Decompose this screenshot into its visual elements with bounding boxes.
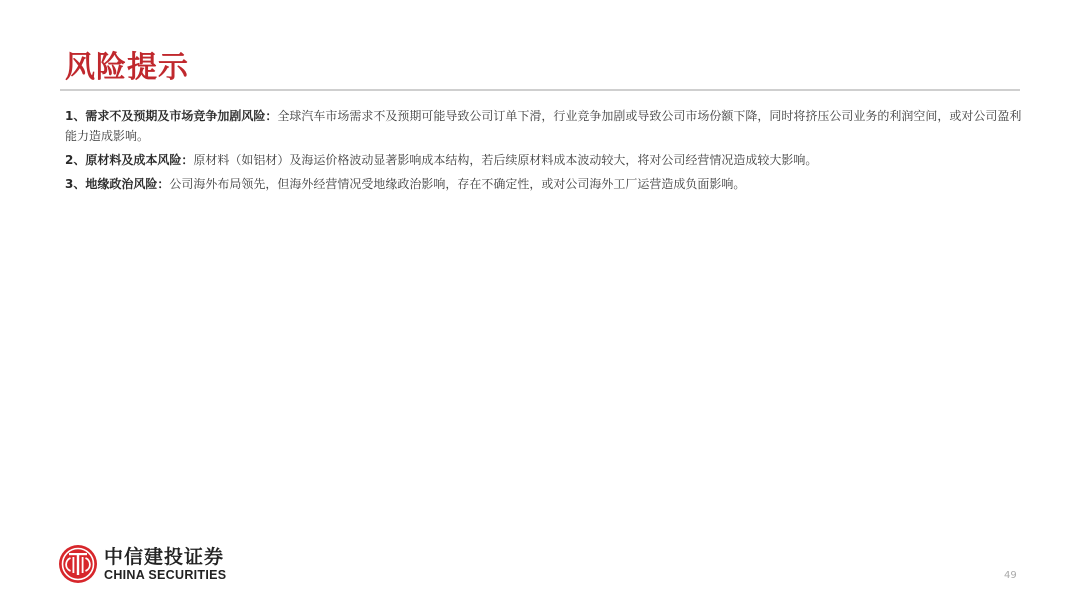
- citic-logo-icon: [58, 544, 98, 584]
- risk-list: 1、需求不及预期及市场竞争加剧风险：全球汽车市场需求不及预期可能导致公司订单下滑…: [65, 106, 1025, 198]
- logo-text: 中信建投证券 CHINA SECURITIES: [104, 546, 226, 582]
- logo-name-cn: 中信建投证券: [104, 546, 226, 568]
- page-number: 49: [1004, 570, 1017, 581]
- logo-name-en: CHINA SECURITIES: [104, 568, 226, 582]
- risk-heading: 3、地缘政治风险：: [65, 177, 169, 191]
- risk-heading: 2、原材料及成本风险：: [65, 153, 193, 167]
- company-logo: 中信建投证券 CHINA SECURITIES: [58, 544, 226, 584]
- risk-description: 原材料（如铝材）及海运价格波动显著影响成本结构，若后续原材料成本波动较大，将对公…: [193, 153, 817, 167]
- risk-heading: 1、需求不及预期及市场竞争加剧风险：: [65, 109, 277, 123]
- risk-item: 2、原材料及成本风险：原材料（如铝材）及海运价格波动显著影响成本结构，若后续原材…: [65, 150, 1025, 170]
- risk-item: 3、地缘政治风险：公司海外布局领先，但海外经营情况受地缘政治影响，存在不确定性，…: [65, 174, 1025, 194]
- risk-description: 公司海外布局领先，但海外经营情况受地缘政治影响，存在不确定性，或对公司海外工厂运…: [169, 177, 745, 191]
- risk-item: 1、需求不及预期及市场竞争加剧风险：全球汽车市场需求不及预期可能导致公司订单下滑…: [65, 106, 1025, 146]
- title-divider: [60, 89, 1020, 91]
- page-title: 风险提示: [65, 50, 189, 86]
